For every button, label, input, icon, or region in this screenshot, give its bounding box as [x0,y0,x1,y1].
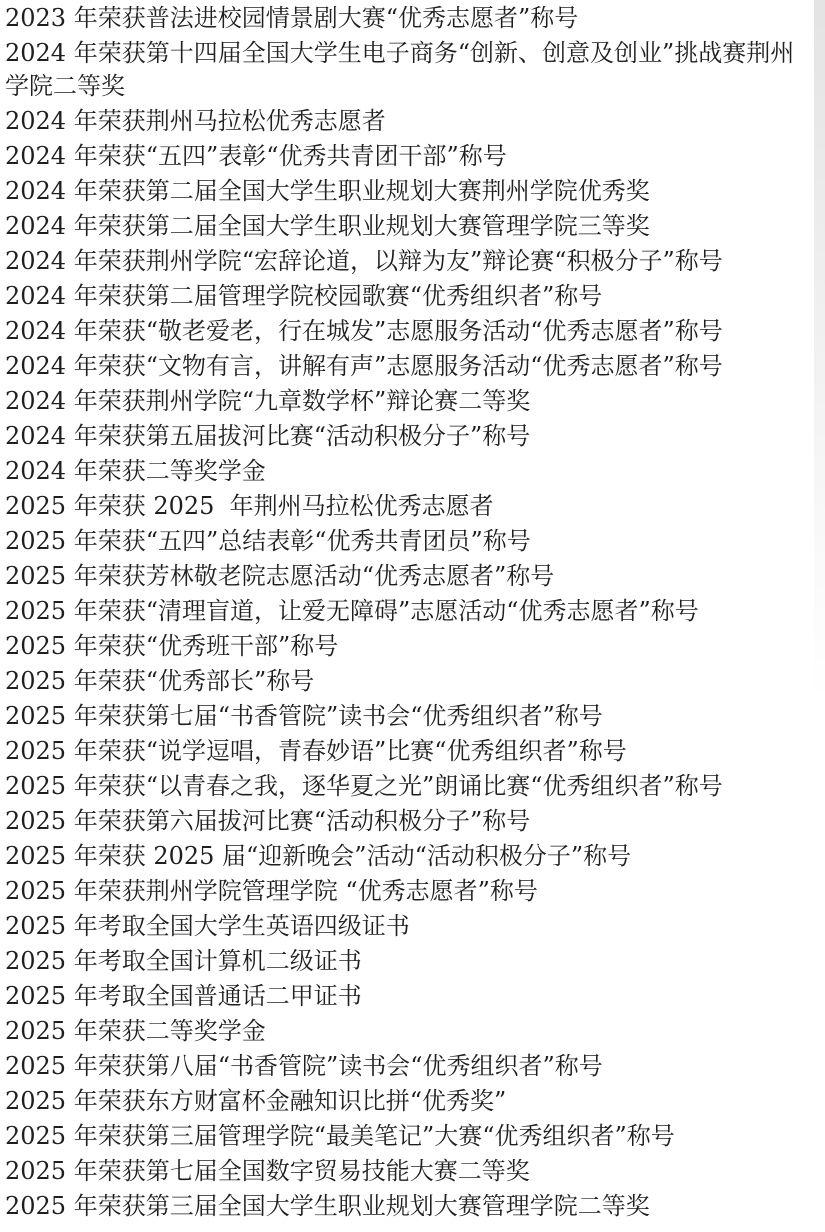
award-entry: 2025 年荣获“说学逗唱，青春妙语”比赛“优秀组织者”称号 [5,735,815,768]
award-entry: 2025 年荣获第六届拔河比赛“活动积极分子”称号 [5,805,815,838]
award-entry: 2025 年考取全国普通话二甲证书 [5,980,815,1013]
scan-edge-shadow [814,0,825,700]
award-entry: 2024 年荣获第五届拔河比赛“活动积极分子”称号 [5,420,815,453]
award-entry: 2023 年荣获普法进校园情景剧大赛“优秀志愿者”称号 [5,2,815,35]
award-entry: 2024 年荣获第二届管理学院校园歌赛“优秀组织者”称号 [5,280,815,313]
award-entry: 2024 年荣获荆州学院“宏辞论道，以辩为友”辩论赛“积极分子”称号 [5,245,815,278]
award-entry: 2025 年荣获第三届管理学院“最美笔记”大赛“优秀组织者”称号 [5,1120,815,1153]
award-entry: 2025 年荣获“优秀班干部”称号 [5,630,815,663]
awards-document: 2023 年荣获普法进校园情景剧大赛“优秀志愿者”称号2024 年荣获第十四届全… [5,2,815,1225]
award-entry: 2025 年荣获二等奖学金 [5,1015,815,1048]
award-entry: 2025 年荣获第七届全国数字贸易技能大赛二等奖 [5,1155,815,1188]
award-entry: 2024 年荣获荆州学院“九章数学杯”辩论赛二等奖 [5,385,815,418]
award-entry: 2025 年荣获第三届全国大学生职业规划大赛管理学院二等奖 [5,1190,815,1223]
award-entry: 2024 年荣获“五四”表彰“优秀共青团干部”称号 [5,140,815,173]
award-entry: 2025 年荣获“以青春之我，逐华夏之光”朗诵比赛“优秀组织者”称号 [5,770,815,803]
award-entry: 2025 年荣获 2025 届“迎新晚会”活动“活动积极分子”称号 [5,840,815,873]
award-entry: 2025 年荣获“五四”总结表彰“优秀共青团员”称号 [5,525,815,558]
award-entry: 2025 年荣获东方财富杯金融知识比拼“优秀奖” [5,1085,815,1118]
award-entry: 2025 年荣获“清理盲道，让爱无障碍”志愿活动“优秀志愿者”称号 [5,595,815,628]
award-entry: 2025 年考取全国大学生英语四级证书 [5,910,815,943]
award-entry: 2024 年荣获二等奖学金 [5,455,815,488]
award-entry: 2024 年荣获第二届全国大学生职业规划大赛管理学院三等奖 [5,210,815,243]
award-entry: 2025 年荣获 2025 年荆州马拉松优秀志愿者 [5,490,815,523]
award-entry: 2024 年荣获荆州马拉松优秀志愿者 [5,105,815,138]
award-entry: 2025 年荣获芳林敬老院志愿活动“优秀志愿者”称号 [5,560,815,593]
award-entry: 2024 年荣获“敬老爱老，行在城发”志愿服务活动“优秀志愿者”称号 [5,315,815,348]
award-entry: 2024 年荣获“文物有言，讲解有声”志愿服务活动“优秀志愿者”称号 [5,350,815,383]
award-entry: 2025 年荣获第八届“书香管院”读书会“优秀组织者”称号 [5,1050,815,1083]
award-entry: 2024 年荣获第十四届全国大学生电子商务“创新、创意及创业”挑战赛荆州学院二等… [5,37,815,103]
award-entry: 2025 年荣获第七届“书香管院”读书会“优秀组织者”称号 [5,700,815,733]
award-entry: 2024 年荣获第二届全国大学生职业规划大赛荆州学院优秀奖 [5,175,815,208]
award-entry: 2025 年荣获荆州学院管理学院 “优秀志愿者”称号 [5,875,815,908]
award-entry: 2025 年荣获“优秀部长”称号 [5,665,815,698]
award-entry: 2025 年考取全国计算机二级证书 [5,945,815,978]
